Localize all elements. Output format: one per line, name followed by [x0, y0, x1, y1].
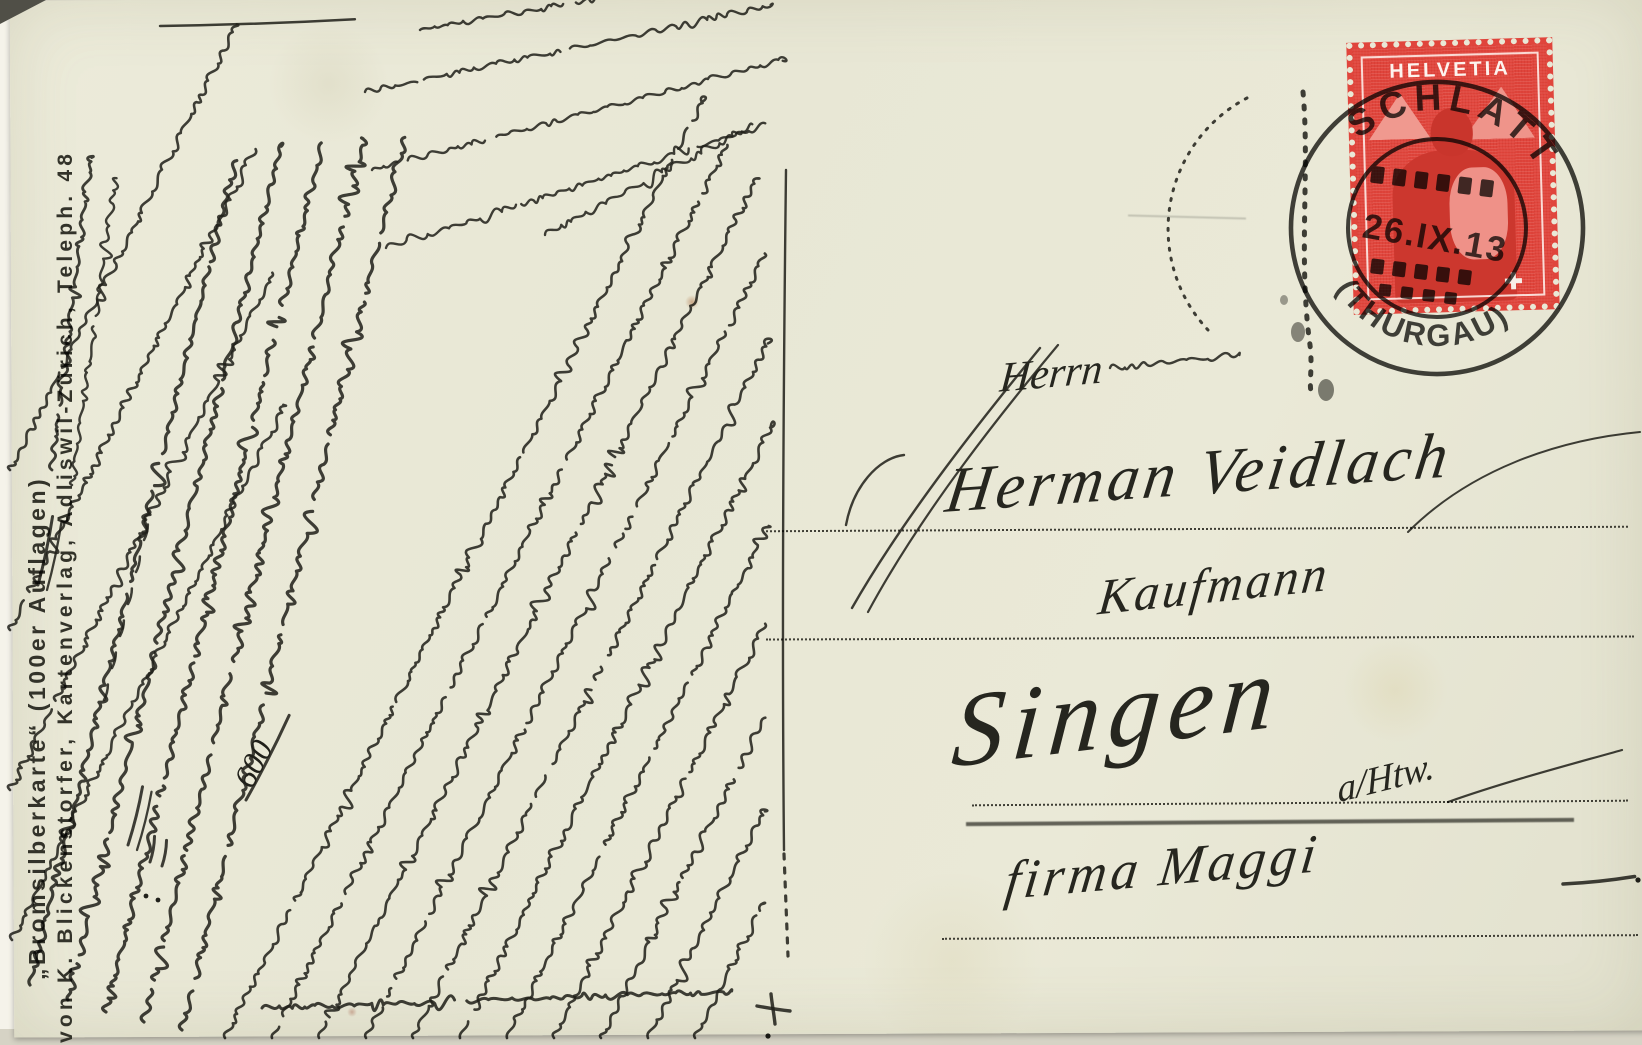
- publisher-imprint-title: „Bromsilberkarte“ (100er Auflagen): [24, 476, 51, 980]
- address-salutation: Herrn: [998, 345, 1105, 403]
- stamp-frame: [1361, 52, 1546, 301]
- publisher-imprint-publisher: von K. Blickenstorfer, Kartenverlag, Adl…: [54, 150, 78, 1043]
- postage-stamp: HELVETIA: [1346, 37, 1560, 315]
- postcard-scan: „Bromsilberkarte“ (100er Auflagen) von K…: [0, 0, 1642, 1045]
